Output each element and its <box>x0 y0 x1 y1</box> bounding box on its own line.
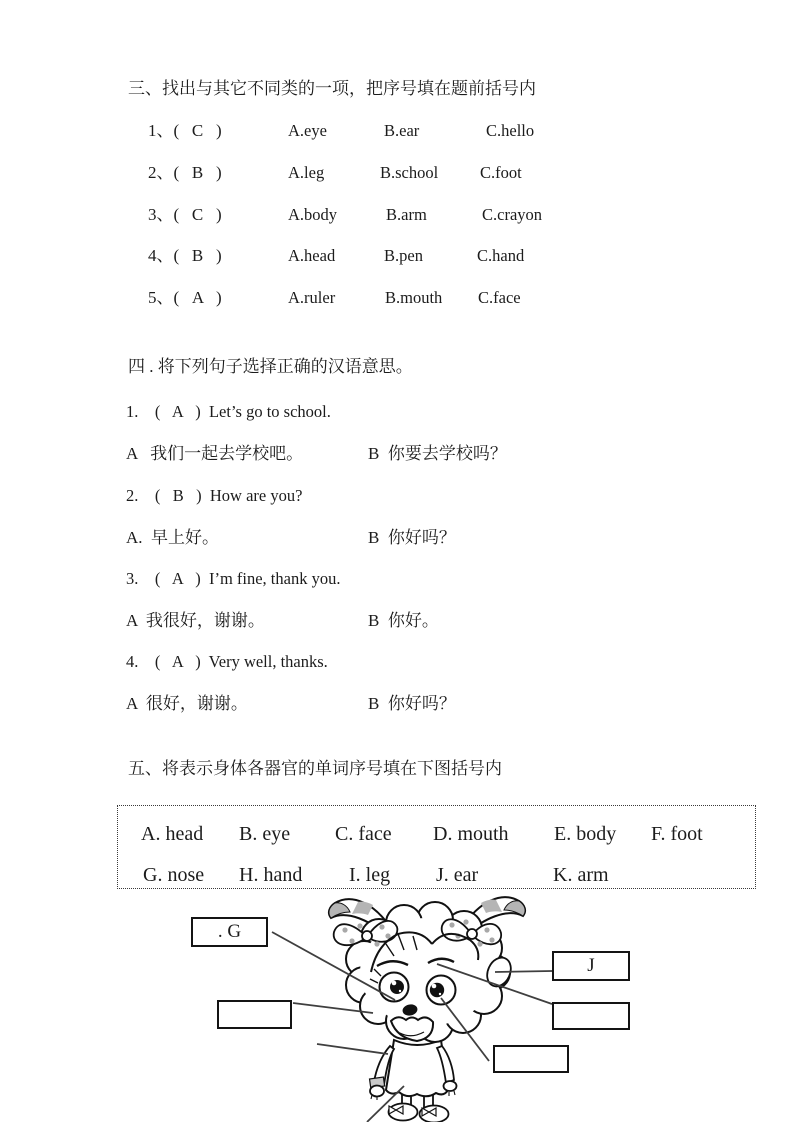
bank-word: D. mouth <box>433 824 509 844</box>
option-c: C.face <box>478 289 521 308</box>
option-b: B.mouth <box>385 289 442 308</box>
option-a: A.body <box>288 206 337 225</box>
option-a: A.head <box>288 247 335 266</box>
bank-word: B. eye <box>239 824 290 844</box>
option-c: C.hand <box>477 247 524 266</box>
question-line[interactable]: 3. ( A ) I’m fine, thank you. <box>126 570 340 589</box>
bank-word: E. body <box>554 824 616 844</box>
worksheet-page: 三、找出与其它不同类的一项，把序号填在题前括号内 1、( C ) A.eye B… <box>0 0 793 1122</box>
line-to-ear <box>495 971 552 972</box>
answer-slot[interactable]: 2、( B ) <box>148 163 222 183</box>
question-line[interactable]: 1. ( A ) Let’s go to school. <box>126 403 331 422</box>
label-box-face[interactable] <box>217 1000 292 1029</box>
word-bank-box: A. head B. eye C. face D. mouth E. body … <box>117 805 756 889</box>
translation-option-b: B 你好吗？ <box>368 528 456 548</box>
section3-title: 三、找出与其它不同类的一项，把序号填在题前括号内 <box>128 79 536 99</box>
option-b: B.arm <box>386 206 427 225</box>
label-box-nose[interactable]: . G <box>191 917 268 947</box>
translation-option-a: A 我们一起去学校吧。 <box>126 444 303 464</box>
translation-option-b: B 你要去学校吗？ <box>368 444 507 464</box>
option-a: A.ruler <box>288 289 335 308</box>
translation-option-a: A 很好，谢谢。 <box>126 694 248 714</box>
bank-word: J. ear <box>436 865 478 885</box>
label-box-eyebrow[interactable] <box>552 1002 630 1030</box>
bank-word: F. foot <box>651 824 703 844</box>
translation-option-b: B 你好吗？ <box>368 694 456 714</box>
option-a: A.leg <box>288 164 324 183</box>
bank-word: A. head <box>141 824 203 844</box>
question-line[interactable]: 2. ( B ) How are you? <box>126 487 302 506</box>
label-box-eye[interactable] <box>493 1045 569 1073</box>
bank-word: C. face <box>335 824 392 844</box>
option-c: C.crayon <box>482 206 542 225</box>
option-b: B.pen <box>384 247 423 266</box>
bank-word: I. leg <box>349 865 390 885</box>
section4-title: 四 . 将下列句子选择正确的汉语意思。 <box>128 357 413 377</box>
option-a: A.eye <box>288 122 327 141</box>
option-c: C.hello <box>486 122 534 141</box>
line-to-arm <box>317 1044 388 1054</box>
cartoon-sheep-illustration <box>0 895 793 1122</box>
answer-slot[interactable]: 4、( B ) <box>148 246 222 266</box>
bank-word: K. arm <box>553 865 609 885</box>
translation-option-a: A. 早上好。 <box>126 528 219 548</box>
translation-option-b: B 你好。 <box>368 611 439 631</box>
answer-slot[interactable]: 5、( A ) <box>148 288 222 308</box>
translation-option-a: A 我很好，谢谢。 <box>126 611 265 631</box>
option-b: B.school <box>380 164 438 183</box>
answer-slot[interactable]: 3、( C ) <box>148 205 222 225</box>
section5-title: 五、将表示身体各器官的单词序号填在下图括号内 <box>128 759 502 779</box>
answer-slot[interactable]: 1、( C ) <box>148 121 222 141</box>
question-line[interactable]: 4. ( A ) Very well, thanks. <box>126 653 328 672</box>
bank-word: H. hand <box>239 865 302 885</box>
option-b: B.ear <box>384 122 419 141</box>
bank-word: G. nose <box>143 865 204 885</box>
label-box-ear[interactable]: J <box>552 951 630 981</box>
option-c: C.foot <box>480 164 522 183</box>
